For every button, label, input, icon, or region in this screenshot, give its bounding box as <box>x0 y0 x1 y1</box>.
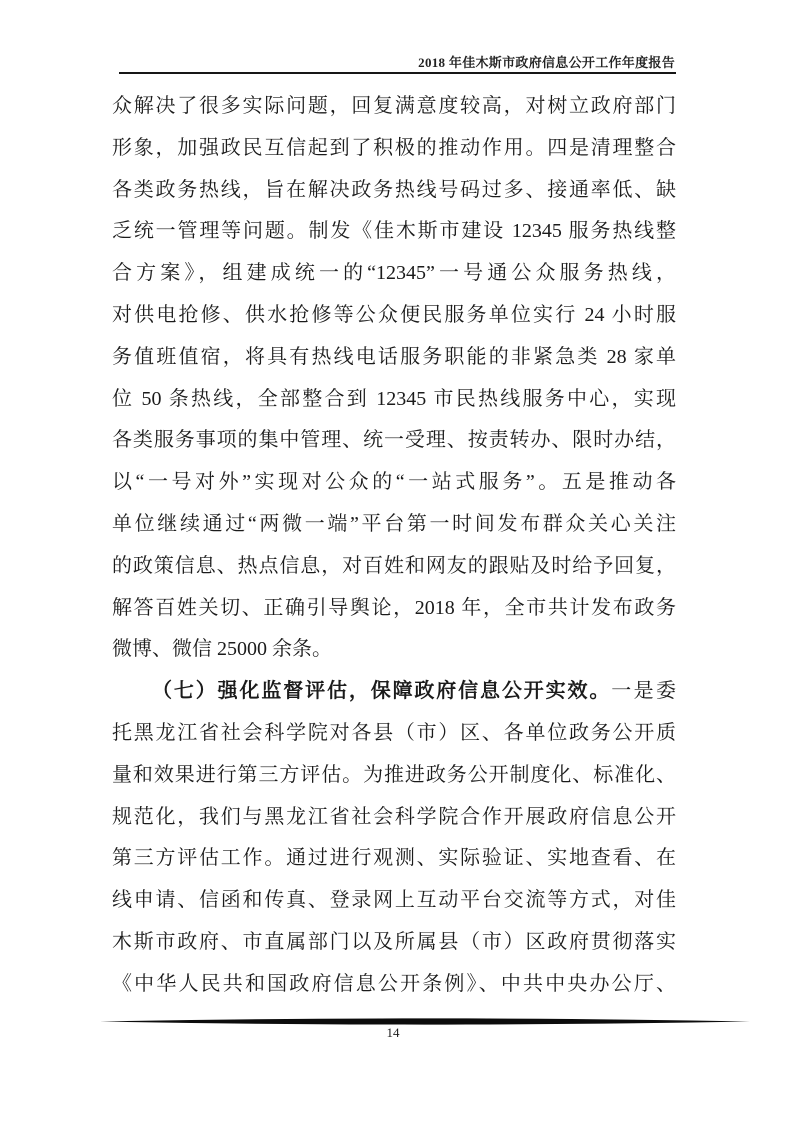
text-line: 微博、微信 25000 余条。 <box>112 629 676 671</box>
text-line: 合方案》，组建成统一的“12345”一号通公众服务热线， <box>112 253 676 295</box>
text-line: 形象，加强政民互信起到了积极的推动作用。四是清理整合 <box>112 128 676 170</box>
document-body: 众解决了很多实际问题，回复满意度较高，对树立政府部门形象，加强政民互信起到了积极… <box>112 86 676 1006</box>
page-number: 14 <box>0 1025 786 1041</box>
text-line: 乏统一管理等问题。制发《佳木斯市建设 12345 服务热线整 <box>112 211 676 253</box>
text-line: 位 50 条热线，全部整合到 12345 市民热线服务中心，实现 <box>112 379 676 421</box>
text-line: 各类服务事项的集中管理、统一受理、按责转办、限时办结， <box>112 420 676 462</box>
paragraph-2-continuation: 托黑龙江省社会科学院对各县（市）区、各单位政务公开质量和效果进行第三方评估。为推… <box>112 713 676 1006</box>
text-line: 线申请、信函和传真、登录网上互动平台交流等方式，对佳 <box>112 880 676 922</box>
text-line: 木斯市政府、市直属部门以及所属县（市）区政府贯彻落实 <box>112 922 676 964</box>
text-line: 众解决了很多实际问题，回复满意度较高，对树立政府部门 <box>112 86 676 128</box>
text-line: 规范化，我们与黑龙江省社会科学院合作开展政府信息公开 <box>112 797 676 839</box>
paragraph-1: 众解决了很多实际问题，回复满意度较高，对树立政府部门形象，加强政民互信起到了积极… <box>112 86 676 671</box>
lead-text: 一是委 <box>611 680 676 702</box>
text-line: 托黑龙江省社会科学院对各县（市）区、各单位政务公开质 <box>112 713 676 755</box>
text-line: 《中华人民共和国政府信息公开条例》、中共中央办公厅、 <box>112 964 676 1006</box>
text-line: 以“一号对外”实现对公众的“一站式服务”。五是推动各 <box>112 462 676 504</box>
section-heading-bold: （七）强化监督评估，保障政府信息公开实效。 <box>152 680 611 702</box>
page-header-title: 2018 年佳木斯市政府信息公开工作年度报告 <box>119 52 675 71</box>
text-line: 单位继续通过“两微一端”平台第一时间发布群众关心关注 <box>112 504 676 546</box>
text-line: 务值班值宿，将具有热线电话服务职能的非紧急类 28 家单 <box>112 337 676 379</box>
paragraph-2: （七）强化监督评估，保障政府信息公开实效。一是委 托黑龙江省社会科学院对各县（市… <box>112 671 676 1005</box>
text-line: （七）强化监督评估，保障政府信息公开实效。一是委 <box>112 671 676 713</box>
text-line: 对供电抢修、供水抢修等公众便民服务单位实行 24 小时服 <box>112 295 676 337</box>
text-line: 的政策信息、热点信息，对百姓和网友的跟贴及时给予回复， <box>112 546 676 588</box>
header-rule <box>119 72 676 74</box>
text-line: 各类政务热线，旨在解决政务热线号码过多、接通率低、缺 <box>112 170 676 212</box>
text-line: 第三方评估工作。通过进行观测、实际验证、实地查看、在 <box>112 838 676 880</box>
document-page: 2018 年佳木斯市政府信息公开工作年度报告 众解决了很多实际问题，回复满意度较… <box>0 0 793 1122</box>
text-line: 解答百姓关切、正确引导舆论，2018 年，全市共计发布政务 <box>112 588 676 630</box>
text-line: 量和效果进行第三方评估。为推进政务公开制度化、标准化、 <box>112 755 676 797</box>
